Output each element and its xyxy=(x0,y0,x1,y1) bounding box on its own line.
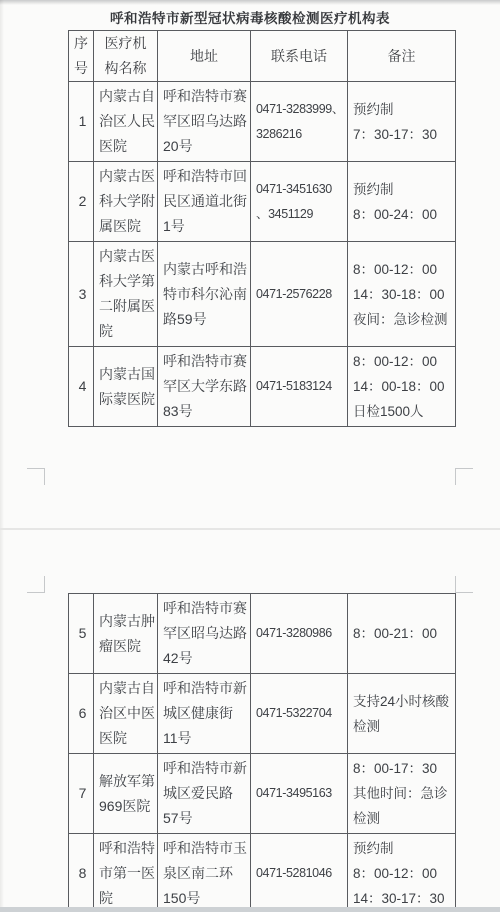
page-corner-mark xyxy=(455,468,473,485)
cell-phone: 0471-2576228 xyxy=(251,242,348,347)
cell-address: 呼和浩特市玉 泉区南二环 150号 xyxy=(158,834,251,912)
table-row: 7 解放军第 969医院 呼和浩特市新 城区爱民路 57号 0471-34951… xyxy=(69,754,456,834)
cell-remark: 支持24小时核酸 检测 xyxy=(348,674,456,754)
scan-top-edge-shadow xyxy=(0,0,500,5)
cell-remark: 8：00-12：00 14：30-18：00 夜间：急诊检测 xyxy=(348,242,456,347)
cell-seq: 5 xyxy=(69,594,94,674)
col-header-remark: 备注 xyxy=(348,31,456,82)
cell-remark: 预约制 7：30-17：30 xyxy=(348,82,456,162)
cell-remark: 预约制 8：00-12：00 14：30-17：30 xyxy=(348,834,456,912)
cell-address: 呼和浩特市新 城区爱民路 57号 xyxy=(158,754,251,834)
page-corner-mark xyxy=(27,468,45,485)
cell-seq: 3 xyxy=(69,242,94,347)
table-row: 5 内蒙古肿 瘤医院 呼和浩特市赛 罕区昭乌达路 42号 0471-328098… xyxy=(69,594,456,674)
page-title: 呼和浩特市新型冠状病毒核酸检测医疗机构表 xyxy=(0,7,500,27)
hospitals-table-page1: 序 号 医疗机 构名称 地址 联系电话 备注 1 内蒙古自 治区人民 医院 呼和… xyxy=(68,30,456,427)
cell-hospital-name: 内蒙古自 治区中医 医院 xyxy=(94,674,158,754)
col-header-seq: 序 号 xyxy=(69,31,94,82)
cell-phone: 0471-5322704 xyxy=(251,674,348,754)
col-header-phone: 联系电话 xyxy=(251,31,348,82)
page-corner-mark xyxy=(455,576,473,593)
cell-address: 呼和浩特市回 民区通道北街 1号 xyxy=(158,162,251,242)
cell-address: 内蒙古呼和浩 特市科尔沁南 路59号 xyxy=(158,242,251,347)
table-row: 2 内蒙古医 科大学附 属医院 呼和浩特市回 民区通道北街 1号 0471-34… xyxy=(69,162,456,242)
cell-phone: 0471-3495163 xyxy=(251,754,348,834)
cell-address: 呼和浩特市赛 罕区大学东路 83号 xyxy=(158,347,251,427)
cell-hospital-name: 呼和浩特 市第一医 院 xyxy=(94,834,158,912)
cell-address: 呼和浩特市赛 罕区昭乌达路 20号 xyxy=(158,82,251,162)
cell-phone: 0471-5281046 xyxy=(251,834,348,912)
page-divider xyxy=(0,528,500,530)
hospitals-table-page2: 5 内蒙古肿 瘤医院 呼和浩特市赛 罕区昭乌达路 42号 0471-328098… xyxy=(68,593,456,912)
cell-phone: 0471-3280986 xyxy=(251,594,348,674)
cell-seq: 4 xyxy=(69,347,94,427)
cell-hospital-name: 内蒙古肿 瘤医院 xyxy=(94,594,158,674)
col-header-name: 医疗机 构名称 xyxy=(94,31,158,82)
table-row: 8 呼和浩特 市第一医 院 呼和浩特市玉 泉区南二环 150号 0471-528… xyxy=(69,834,456,912)
cell-seq: 8 xyxy=(69,834,94,912)
cell-hospital-name: 内蒙古自 治区人民 医院 xyxy=(94,82,158,162)
cell-address: 呼和浩特市赛 罕区昭乌达路 42号 xyxy=(158,594,251,674)
scan-left-edge-shadow xyxy=(0,0,4,912)
cell-phone: 0471-3451630 、3451129 xyxy=(251,162,348,242)
cell-hospital-name: 解放军第 969医院 xyxy=(94,754,158,834)
cell-hospital-name: 内蒙古医 科大学第 二附属医 院 xyxy=(94,242,158,347)
cell-seq: 1 xyxy=(69,82,94,162)
table-header-row: 序 号 医疗机 构名称 地址 联系电话 备注 xyxy=(69,31,456,82)
cell-address: 呼和浩特市新 城区健康街 11号 xyxy=(158,674,251,754)
cell-phone: 0471-3283999、 3286216 xyxy=(251,82,348,162)
cell-seq: 6 xyxy=(69,674,94,754)
table-row: 1 内蒙古自 治区人民 医院 呼和浩特市赛 罕区昭乌达路 20号 0471-32… xyxy=(69,82,456,162)
cell-remark: 8：00-17：30 其他时间：急诊 检测 xyxy=(348,754,456,834)
cell-remark: 8：00-12：00 14：00-18：00 日检1500人 xyxy=(348,347,456,427)
scanned-document-page: 呼和浩特市新型冠状病毒核酸检测医疗机构表 序 号 医疗机 构名称 地址 联系电话… xyxy=(0,0,500,912)
table-row: 6 内蒙古自 治区中医 医院 呼和浩特市新 城区健康街 11号 0471-532… xyxy=(69,674,456,754)
cell-hospital-name: 内蒙古国 际蒙医院 xyxy=(94,347,158,427)
table-row: 4 内蒙古国 际蒙医院 呼和浩特市赛 罕区大学东路 83号 0471-51831… xyxy=(69,347,456,427)
scan-bottom-edge-strip xyxy=(0,907,500,912)
cell-phone: 0471-5183124 xyxy=(251,347,348,427)
table-row: 3 内蒙古医 科大学第 二附属医 院 内蒙古呼和浩 特市科尔沁南 路59号 04… xyxy=(69,242,456,347)
col-header-address: 地址 xyxy=(158,31,251,82)
cell-seq: 2 xyxy=(69,162,94,242)
cell-remark: 8：00-21：00 xyxy=(348,594,456,674)
cell-remark: 预约制 8：00-24：00 xyxy=(348,162,456,242)
cell-hospital-name: 内蒙古医 科大学附 属医院 xyxy=(94,162,158,242)
cell-seq: 7 xyxy=(69,754,94,834)
page-corner-mark xyxy=(27,576,45,593)
